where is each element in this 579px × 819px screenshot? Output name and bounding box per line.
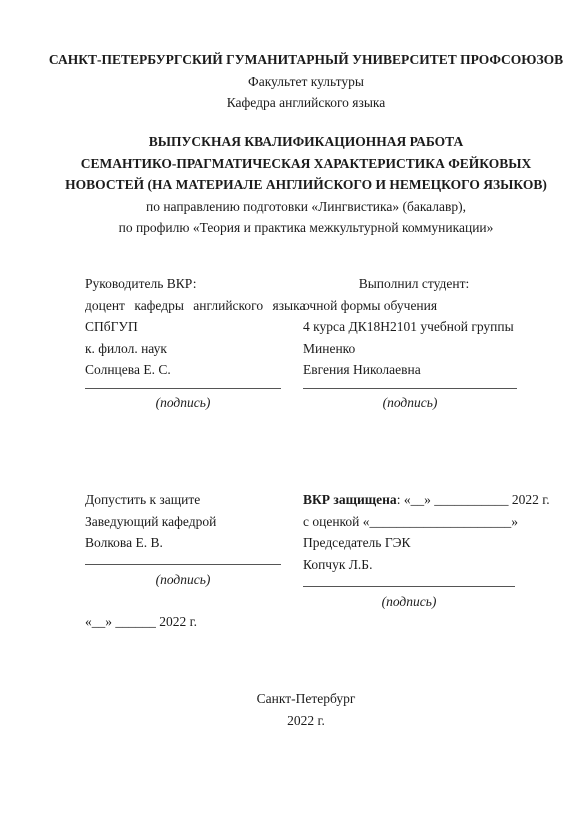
thesis-title-page: САНКТ-ПЕТЕРБУРГСКИЙ ГУМАНИТАРНЫЙ УНИВЕРС…	[0, 0, 579, 819]
defense-date-blank: : «__» ___________ 2022 г.	[397, 492, 550, 507]
supervisor-name: Солнцева Е. С.	[85, 359, 285, 381]
defense-label: ВКР защищена	[303, 492, 397, 507]
defense-date-line: ВКР защищена: «__» ___________ 2022 г.	[303, 489, 525, 511]
faculty-name: Факультет культуры	[0, 71, 579, 93]
work-type: ВЫПУСКНАЯ КВАЛИФИКАЦИОННАЯ РАБОТА	[0, 131, 579, 153]
supervisor-signature-line	[85, 388, 281, 389]
chair-signature-caption: (подпись)	[303, 591, 515, 613]
student-name: Евгения Николаевна	[303, 359, 525, 381]
committee-chair-name: Копчук Л.Б.	[303, 554, 525, 576]
department-name: Кафедра английского языка	[0, 92, 579, 114]
student-signature-caption: (подпись)	[303, 392, 517, 414]
supervisor-heading: Руководитель ВКР:	[85, 273, 285, 295]
student-signature-line	[303, 388, 517, 389]
year-line: 2022 г.	[0, 710, 579, 732]
student-surname: Миненко	[303, 338, 525, 360]
chair-signature-line	[303, 586, 515, 587]
supervisor-block: Руководитель ВКР: доцент кафедры английс…	[85, 273, 285, 413]
defense-block: ВКР защищена: «__» ___________ 2022 г. с…	[303, 489, 525, 613]
grade-line: с оценкой «_____________________»	[303, 511, 525, 533]
head-of-department-title: Заведующий кафедрой	[85, 511, 285, 533]
student-group: 4 курса ДК18Н2101 учебной группы	[303, 316, 525, 338]
profile-line: по профилю «Теория и практика межкультур…	[0, 217, 579, 239]
thesis-title-line1: СЕМАНТИКО-ПРАГМАТИЧЕСКАЯ ХАРАКТЕРИСТИКА …	[0, 153, 579, 175]
admission-signature-caption: (подпись)	[85, 569, 281, 591]
university-name: САНКТ-ПЕТЕРБУРГСКИЙ ГУМАНИТАРНЫЙ УНИВЕРС…	[0, 49, 579, 71]
student-heading: Выполнил студент:	[303, 273, 525, 295]
supervisor-degree: к. филол. наук	[85, 338, 285, 360]
thesis-title-line2: НОВОСТЕЙ (НА МАТЕРИАЛЕ АНГЛИЙСКОГО И НЕМ…	[0, 174, 579, 196]
committee-chair-title: Председатель ГЭК	[303, 532, 525, 554]
head-of-department-name: Волкова Е. В.	[85, 532, 285, 554]
admission-date-line: «__» ______ 2022 г.	[85, 611, 285, 633]
document-header: САНКТ-ПЕТЕРБУРГСКИЙ ГУМАНИТАРНЫЙ УНИВЕРС…	[0, 49, 579, 114]
footer-block: Санкт-Петербург 2022 г.	[0, 688, 579, 731]
title-block: ВЫПУСКНАЯ КВАЛИФИКАЦИОННАЯ РАБОТА СЕМАНТ…	[0, 131, 579, 239]
city-name: Санкт-Петербург	[0, 688, 579, 710]
admission-block: Допустить к защите Заведующий кафедрой В…	[85, 489, 285, 633]
direction-line: по направлению подготовки «Лингвистика» …	[0, 196, 579, 218]
admission-line: Допустить к защите	[85, 489, 285, 511]
supervisor-position: доцент кафедры английского языка	[85, 295, 285, 317]
supervisor-signature-caption: (подпись)	[85, 392, 281, 414]
supervisor-org: СПбГУП	[85, 316, 285, 338]
student-study-form: очной формы обучения	[303, 295, 525, 317]
student-block: Выполнил студент: очной формы обучения 4…	[303, 273, 525, 413]
admission-signature-line	[85, 564, 281, 565]
